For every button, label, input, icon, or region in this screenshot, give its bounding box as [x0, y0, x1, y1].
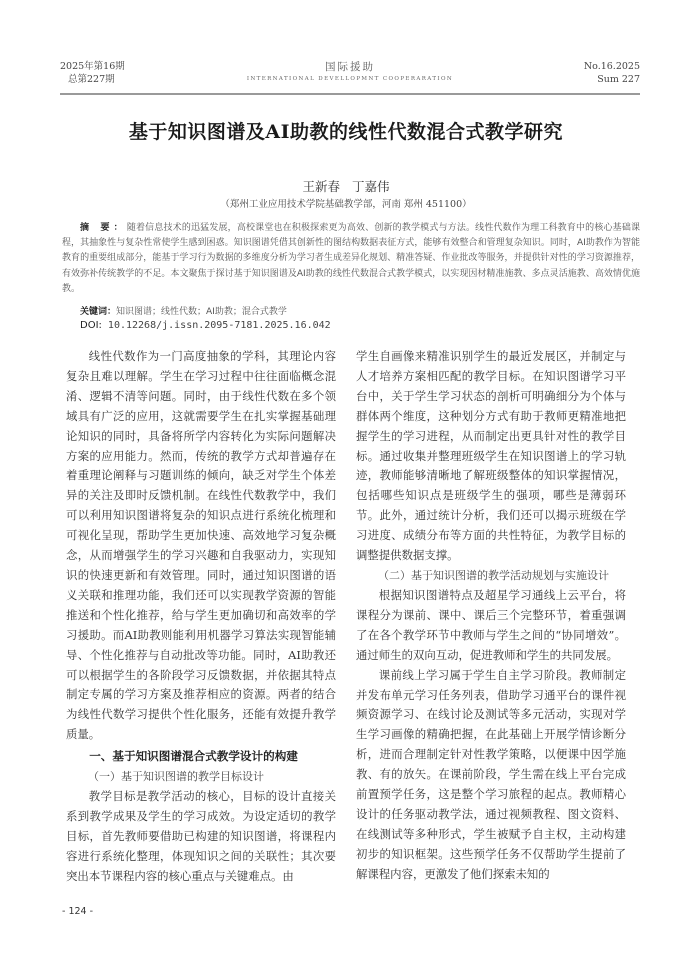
abstract-text: 随着信息技术的迅猛发展，高校课堂也在积极探索更为高效、创新的教学模式与方法。线性…	[62, 223, 640, 294]
subsection-heading: （二）基于知识图谱的教学活动规划与实施设计	[356, 566, 626, 586]
author: 王新春	[302, 179, 340, 194]
header-divider	[60, 93, 640, 95]
paragraph: 课前线上学习属于学生自主学习阶段。教师制定并发布单元学习任务列表，借助学习通平台…	[356, 666, 626, 885]
paragraph: 教学目标是教学活动的核心，目标的设计直接关系到教学成果及学生的学习成效。为设定适…	[66, 787, 336, 887]
journal-name-en: INTERNATIONAL DEVELLOPMNT COOPERARATION	[60, 74, 640, 84]
issue-info-en: No.16.2025 Sum 227	[584, 60, 640, 86]
paragraph: 线性代数作为一门高度抽象的学科，其理论内容复杂且难以理解。学生在学习过程中往往面…	[66, 347, 336, 745]
abstract: 摘 要：随着信息技术的迅猛发展，高校课堂也在积极探索更为高效、创新的教学模式与方…	[62, 221, 640, 297]
keywords-label: 关键词：	[80, 307, 116, 317]
subsection-heading: （一）基于知识图谱的教学目标设计	[66, 767, 336, 787]
issue-number-en: No.16.2025	[584, 60, 640, 73]
body-column-right: 学生自画像来精准识别学生的最近发展区，并制定与人才培养方案相匹配的教学目标。在知…	[356, 347, 626, 885]
body-column-left: 线性代数作为一门高度抽象的学科，其理论内容复杂且难以理解。学生在学习过程中往往面…	[66, 347, 336, 887]
section-heading: 一、基于知识图谱混合式教学设计的构建	[66, 745, 336, 767]
doi-value[interactable]: 10.12268/j.issn.2095-7181.2025.16.042	[108, 320, 331, 331]
journal-name: 国际援助 INTERNATIONAL DEVELLOPMNT COOPERARA…	[60, 60, 640, 84]
running-header: 2025年第16期 总第227期 国际援助 INTERNATIONAL DEVE…	[60, 60, 640, 93]
total-issue-en: Sum 227	[584, 73, 640, 86]
article-title: 基于知识图谱及AI助教的线性代数混合式教学研究	[0, 117, 692, 144]
doi: DOI: 10.12268/j.issn.2095-7181.2025.16.0…	[80, 320, 331, 331]
doi-label: DOI:	[80, 320, 102, 331]
author-list: 王新春丁嘉伟	[0, 177, 692, 195]
page-number: - 124 -	[62, 906, 93, 917]
keywords-text: 知识图谱；线性代数；AI助教；混合式教学	[116, 307, 287, 317]
paragraph: 根据知识图谱特点及超星学习通线上云平台，将课程分为课前、课中、课后三个完整环节，…	[356, 586, 626, 666]
abstract-label: 摘 要：	[80, 223, 127, 233]
keywords: 关键词：知识图谱；线性代数；AI助教；混合式教学	[80, 304, 287, 317]
author: 丁嘉伟	[352, 179, 390, 194]
affiliation: （郑州工业应用技术学院基础教学部，河南 郑州 451100）	[0, 196, 692, 210]
paragraph: 学生自画像来精准识别学生的最近发展区，并制定与人才培养方案相匹配的教学目标。在知…	[356, 347, 626, 566]
journal-name-cn: 国际援助	[60, 60, 640, 74]
